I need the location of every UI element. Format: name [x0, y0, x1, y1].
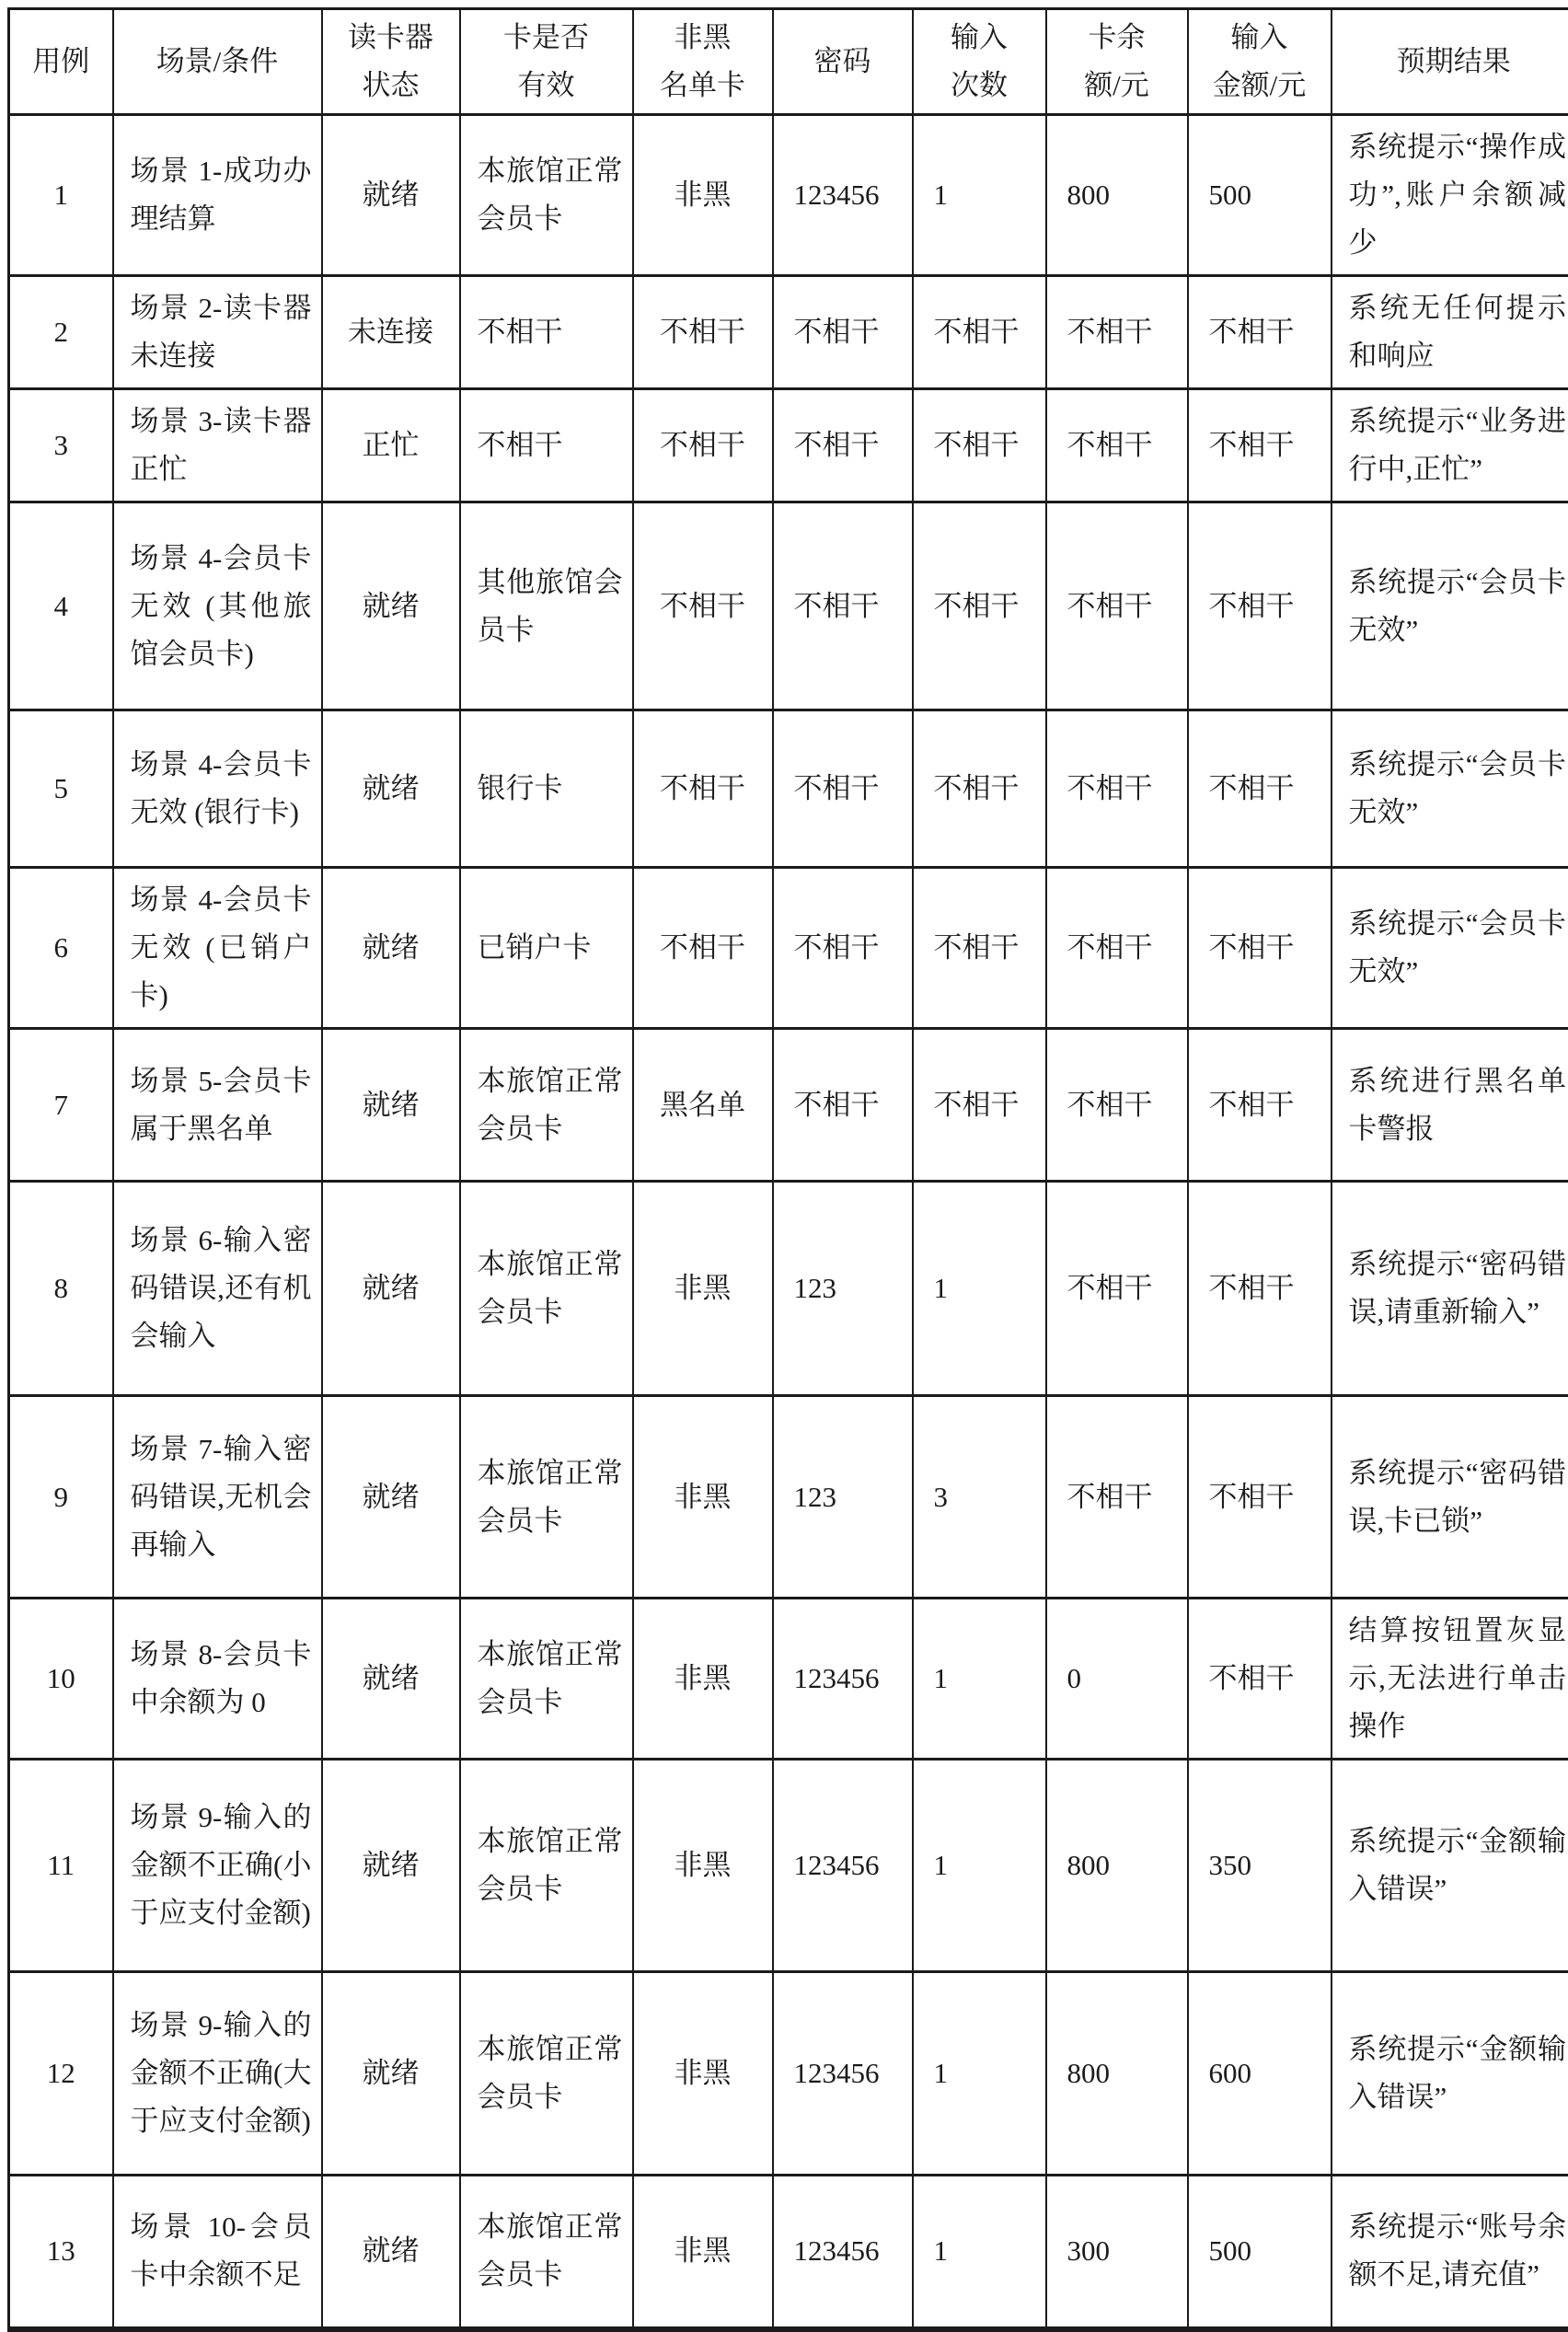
input-count-cell: 1: [913, 1760, 1046, 1972]
column-header: 卡余 额/元: [1046, 9, 1188, 115]
column-header: 卡是否 有效: [460, 9, 633, 115]
case-id-cell: 2: [9, 276, 113, 389]
expected-result-cell: 系统提示“会员卡无效”: [1332, 502, 1568, 710]
table-row: 10场景 8-会员卡中余额为 0就绪本旅馆正常会员卡非黑12345610不相干结…: [9, 1599, 1568, 1760]
blacklist-cell: 非黑: [633, 2176, 773, 2329]
reader-status-cell: 就绪: [322, 502, 460, 710]
column-header: 场景/条件: [113, 9, 322, 115]
blacklist-cell: 非黑: [633, 115, 773, 276]
scenario-cell: 场景 9-输入的金额不正确(小于应支付金额): [113, 1760, 322, 1972]
input-count-cell: 3: [913, 1396, 1046, 1599]
password-cell: 123456: [773, 1972, 913, 2176]
reader-status-cell: 就绪: [322, 710, 460, 868]
scenario-cell: 场景 6-输入密码错误,还有机会输入: [113, 1182, 322, 1396]
scenario-cell: 场景 2-读卡器未连接: [113, 276, 322, 389]
input-amount-cell: 不相干: [1188, 1029, 1332, 1182]
card-valid-cell: 本旅馆正常会员卡: [460, 1972, 633, 2176]
blacklist-cell: 非黑: [633, 1396, 773, 1599]
scenario-cell: 场景 5-会员卡属于黑名单: [113, 1029, 322, 1182]
input-count-cell: 不相干: [913, 1029, 1046, 1182]
card-valid-cell: 本旅馆正常会员卡: [460, 115, 633, 276]
card-balance-cell: 不相干: [1046, 710, 1188, 868]
case-id-cell: 5: [9, 710, 113, 868]
reader-status-cell: 未连接: [322, 276, 460, 389]
input-count-cell: 不相干: [913, 868, 1046, 1029]
case-id-cell: 10: [9, 1599, 113, 1760]
card-valid-cell: 本旅馆正常会员卡: [460, 1599, 633, 1760]
blacklist-cell: 非黑: [633, 1972, 773, 2176]
input-amount-cell: 不相干: [1188, 502, 1332, 710]
expected-result-cell: 系统提示“账号余额不足,请充值”: [1332, 2176, 1568, 2329]
scenario-cell: 场景 8-会员卡中余额为 0: [113, 1599, 322, 1760]
column-header: 非黑 名单卡: [633, 9, 773, 115]
card-valid-cell: 本旅馆正常会员卡: [460, 1182, 633, 1396]
table-row: 2场景 2-读卡器未连接未连接不相干不相干不相干不相干不相干不相干系统无任何提示…: [9, 276, 1568, 389]
card-valid-cell: 不相干: [460, 389, 633, 502]
password-cell: 不相干: [773, 502, 913, 710]
table-row: 8场景 6-输入密码错误,还有机会输入就绪本旅馆正常会员卡非黑1231不相干不相…: [9, 1182, 1568, 1396]
scenario-cell: 场景 9-输入的金额不正确(大于应支付金额): [113, 1972, 322, 2176]
password-cell: 123456: [773, 115, 913, 276]
scenario-cell: 场景 10-会员卡中余额不足: [113, 2176, 322, 2329]
column-header: 输入 次数: [913, 9, 1046, 115]
card-balance-cell: 300: [1046, 2176, 1188, 2329]
expected-result-cell: 系统提示“会员卡无效”: [1332, 868, 1568, 1029]
input-amount-cell: 500: [1188, 2176, 1332, 2329]
expected-result-cell: 系统进行黑名单卡警报: [1332, 1029, 1568, 1182]
input-count-cell: 不相干: [913, 710, 1046, 868]
scenario-cell: 场景 4-会员卡无效 (其他旅馆会员卡): [113, 502, 322, 710]
case-id-cell: 11: [9, 1760, 113, 1972]
case-id-cell: 4: [9, 502, 113, 710]
card-balance-cell: 不相干: [1046, 502, 1188, 710]
card-balance-cell: 不相干: [1046, 276, 1188, 389]
case-id-cell: 3: [9, 389, 113, 502]
card-valid-cell: 其他旅馆会员卡: [460, 502, 633, 710]
blacklist-cell: 非黑: [633, 1760, 773, 1972]
input-count-cell: 1: [913, 1599, 1046, 1760]
password-cell: 123: [773, 1182, 913, 1396]
column-header: 读卡器 状态: [322, 9, 460, 115]
card-valid-cell: 本旅馆正常会员卡: [460, 1760, 633, 1972]
case-id-cell: 1: [9, 115, 113, 276]
column-header: 用例: [9, 9, 113, 115]
card-balance-cell: 800: [1046, 115, 1188, 276]
expected-result-cell: 系统提示“业务进行中,正忙”: [1332, 389, 1568, 502]
blacklist-cell: 非黑: [633, 1599, 773, 1760]
password-cell: 123456: [773, 2176, 913, 2329]
reader-status-cell: 就绪: [322, 115, 460, 276]
input-amount-cell: 不相干: [1188, 868, 1332, 1029]
case-id-cell: 12: [9, 1972, 113, 2176]
input-count-cell: 不相干: [913, 276, 1046, 389]
table-row: 9场景 7-输入密码错误,无机会再输入就绪本旅馆正常会员卡非黑1233不相干不相…: [9, 1396, 1568, 1599]
card-valid-cell: 本旅馆正常会员卡: [460, 1396, 633, 1599]
table-row: 5场景 4-会员卡无效 (银行卡)就绪银行卡不相干不相干不相干不相干不相干系统提…: [9, 710, 1568, 868]
table-row: 11场景 9-输入的金额不正确(小于应支付金额)就绪本旅馆正常会员卡非黑1234…: [9, 1760, 1568, 1972]
scenario-cell: 场景 4-会员卡无效 (银行卡): [113, 710, 322, 868]
table-row: 12场景 9-输入的金额不正确(大于应支付金额)就绪本旅馆正常会员卡非黑1234…: [9, 1972, 1568, 2176]
expected-result-cell: 系统提示“密码错误,卡已锁”: [1332, 1396, 1568, 1599]
document-page: 用例场景/条件读卡器 状态卡是否 有效非黑 名单卡密码输入 次数卡余 额/元输入…: [7, 7, 1561, 2277]
card-balance-cell: 不相干: [1046, 1182, 1188, 1396]
card-valid-cell: 银行卡: [460, 710, 633, 868]
reader-status-cell: 就绪: [322, 1760, 460, 1972]
card-balance-cell: 800: [1046, 1760, 1188, 1972]
blacklist-cell: 不相干: [633, 502, 773, 710]
case-id-cell: 8: [9, 1182, 113, 1396]
reader-status-cell: 就绪: [322, 1182, 460, 1396]
card-valid-cell: 不相干: [460, 276, 633, 389]
table-head: 用例场景/条件读卡器 状态卡是否 有效非黑 名单卡密码输入 次数卡余 额/元输入…: [9, 9, 1568, 115]
case-id-cell: 6: [9, 868, 113, 1029]
test-case-table: 用例场景/条件读卡器 状态卡是否 有效非黑 名单卡密码输入 次数卡余 额/元输入…: [7, 7, 1568, 2332]
reader-status-cell: 就绪: [322, 1599, 460, 1760]
input-amount-cell: 不相干: [1188, 276, 1332, 389]
input-count-cell: 不相干: [913, 389, 1046, 502]
input-amount-cell: 不相干: [1188, 1599, 1332, 1760]
password-cell: 123456: [773, 1599, 913, 1760]
expected-result-cell: 系统提示“密码错误,请重新输入”: [1332, 1182, 1568, 1396]
table-row: 6场景 4-会员卡无效 (已销户卡)就绪已销户卡不相干不相干不相干不相干不相干系…: [9, 868, 1568, 1029]
expected-result-cell: 系统提示“金额输入错误”: [1332, 1760, 1568, 1972]
case-id-cell: 7: [9, 1029, 113, 1182]
column-header: 预期结果: [1332, 9, 1568, 115]
password-cell: 不相干: [773, 868, 913, 1029]
table-body: 1场景 1-成功办理结算就绪本旅馆正常会员卡非黑1234561800500系统提…: [9, 115, 1568, 2329]
password-cell: 123: [773, 1396, 913, 1599]
table-row: 13场景 10-会员卡中余额不足就绪本旅馆正常会员卡非黑123456130050…: [9, 2176, 1568, 2329]
case-id-cell: 13: [9, 2176, 113, 2329]
expected-result-cell: 系统提示“操作成功”,账户余额减少: [1332, 115, 1568, 276]
input-amount-cell: 500: [1188, 115, 1332, 276]
column-header: 密码: [773, 9, 913, 115]
blacklist-cell: 非黑: [633, 1182, 773, 1396]
reader-status-cell: 就绪: [322, 868, 460, 1029]
blacklist-cell: 不相干: [633, 710, 773, 868]
table-row: 3场景 3-读卡器正忙正忙不相干不相干不相干不相干不相干不相干系统提示“业务进行…: [9, 389, 1568, 502]
reader-status-cell: 正忙: [322, 389, 460, 502]
input-count-cell: 1: [913, 115, 1046, 276]
expected-result-cell: 结算按钮置灰显示,无法进行单击操作: [1332, 1599, 1568, 1760]
reader-status-cell: 就绪: [322, 1029, 460, 1182]
reader-status-cell: 就绪: [322, 1972, 460, 2176]
input-count-cell: 不相干: [913, 502, 1046, 710]
input-amount-cell: 不相干: [1188, 1182, 1332, 1396]
table-row: 4场景 4-会员卡无效 (其他旅馆会员卡)就绪其他旅馆会员卡不相干不相干不相干不…: [9, 502, 1568, 710]
card-balance-cell: 不相干: [1046, 389, 1188, 502]
password-cell: 123456: [773, 1760, 913, 1972]
password-cell: 不相干: [773, 1029, 913, 1182]
input-count-cell: 1: [913, 1182, 1046, 1396]
column-header: 输入 金额/元: [1188, 9, 1332, 115]
header-row: 用例场景/条件读卡器 状态卡是否 有效非黑 名单卡密码输入 次数卡余 额/元输入…: [9, 9, 1568, 115]
reader-status-cell: 就绪: [322, 1396, 460, 1599]
table-row: 1场景 1-成功办理结算就绪本旅馆正常会员卡非黑1234561800500系统提…: [9, 115, 1568, 276]
input-count-cell: 1: [913, 1972, 1046, 2176]
input-amount-cell: 350: [1188, 1760, 1332, 1972]
scenario-cell: 场景 4-会员卡无效 (已销户卡): [113, 868, 322, 1029]
expected-result-cell: 系统提示“金额输入错误”: [1332, 1972, 1568, 2176]
case-id-cell: 9: [9, 1396, 113, 1599]
input-amount-cell: 不相干: [1188, 1396, 1332, 1599]
blacklist-cell: 黑名单: [633, 1029, 773, 1182]
input-count-cell: 1: [913, 2176, 1046, 2329]
reader-status-cell: 就绪: [322, 2176, 460, 2329]
card-balance-cell: 不相干: [1046, 1029, 1188, 1182]
scenario-cell: 场景 1-成功办理结算: [113, 115, 322, 276]
password-cell: 不相干: [773, 276, 913, 389]
table-row: 7场景 5-会员卡属于黑名单就绪本旅馆正常会员卡黑名单不相干不相干不相干不相干系…: [9, 1029, 1568, 1182]
scenario-cell: 场景 7-输入密码错误,无机会再输入: [113, 1396, 322, 1599]
expected-result-cell: 系统提示“会员卡无效”: [1332, 710, 1568, 868]
expected-result-cell: 系统无任何提示和响应: [1332, 276, 1568, 389]
input-amount-cell: 不相干: [1188, 389, 1332, 502]
card-balance-cell: 不相干: [1046, 1396, 1188, 1599]
scenario-cell: 场景 3-读卡器正忙: [113, 389, 322, 502]
blacklist-cell: 不相干: [633, 389, 773, 502]
card-balance-cell: 0: [1046, 1599, 1188, 1760]
card-balance-cell: 不相干: [1046, 868, 1188, 1029]
password-cell: 不相干: [773, 389, 913, 502]
input-amount-cell: 不相干: [1188, 710, 1332, 868]
card-balance-cell: 800: [1046, 1972, 1188, 2176]
card-valid-cell: 本旅馆正常会员卡: [460, 2176, 633, 2329]
password-cell: 不相干: [773, 710, 913, 868]
blacklist-cell: 不相干: [633, 868, 773, 1029]
blacklist-cell: 不相干: [633, 276, 773, 389]
card-valid-cell: 本旅馆正常会员卡: [460, 1029, 633, 1182]
card-valid-cell: 已销户卡: [460, 868, 633, 1029]
input-amount-cell: 600: [1188, 1972, 1332, 2176]
